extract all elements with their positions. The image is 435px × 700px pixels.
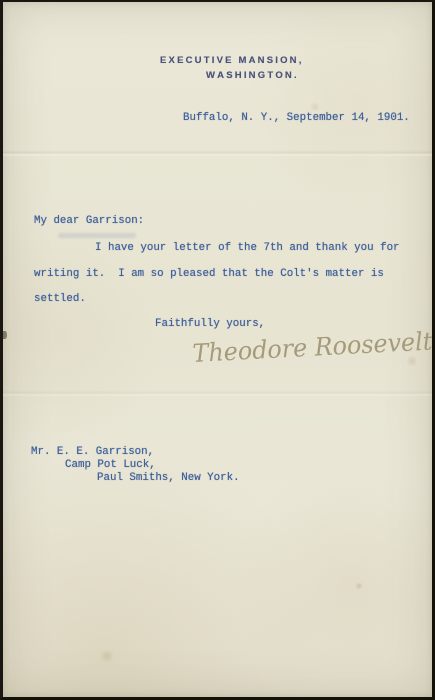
body-line: settled. <box>34 293 86 305</box>
letterhead-washington: WASHINGTON. <box>206 70 299 81</box>
paper-fold-crease-bottom <box>3 390 432 397</box>
signature-text: Theodore Roosevelt <box>192 326 434 368</box>
letter-photo: EXECUTIVE MANSION, WASHINGTON. Buffalo, … <box>0 0 435 700</box>
paper-edge-mark <box>3 331 7 339</box>
salutation: My dear Garrison: <box>34 215 144 227</box>
foxing-spot <box>355 582 363 590</box>
closing-line: Faithfully yours, <box>155 318 265 330</box>
recipient-address-line: Paul Smiths, New York. <box>97 472 240 484</box>
paper-fold-crease-top <box>3 150 432 157</box>
dateline: Buffalo, N. Y., September 14, 1901. <box>183 112 410 124</box>
body-line: I have your letter of the 7th and thank … <box>95 242 400 254</box>
foxing-spot <box>309 102 321 112</box>
ink-transfer-smudge <box>58 233 136 238</box>
letterhead-executive-mansion: EXECUTIVE MANSION, <box>160 55 304 66</box>
recipient-address-line: Camp Pot Luck, <box>65 459 156 471</box>
body-line: writing it. I am so pleased that the Col… <box>34 268 384 280</box>
signature-theodore-roosevelt: Theodore Roosevelt <box>191 330 435 388</box>
recipient-name: Mr. E. E. Garrison, <box>31 446 154 458</box>
foxing-spot <box>99 650 115 662</box>
